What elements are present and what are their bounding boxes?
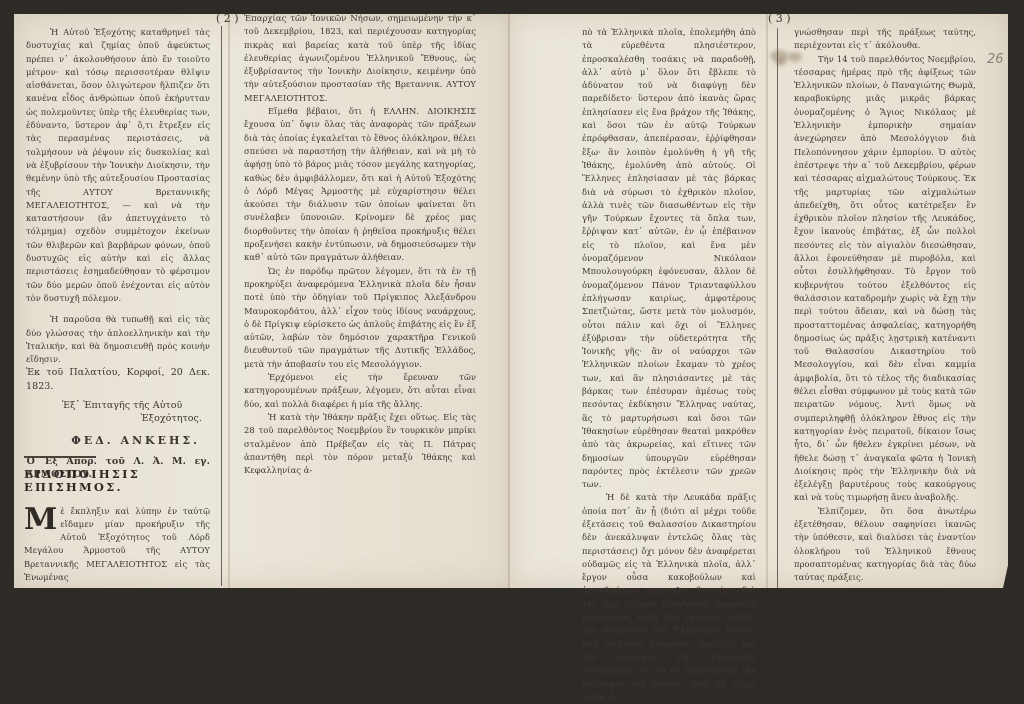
by-order-line-2: Ἐξοχότητος.	[26, 412, 210, 425]
notice-heading: ΕΙΔΟΠΟΙΗΣΙΣ ΕΠΙΣΗΜΟΣ.	[24, 468, 210, 495]
ithaca-incident-continuation: πὸ τὰ Ἑλληνικὰ πλοῖα, ἐπολεμήθη ἀπὸ τὰ ε…	[582, 26, 756, 491]
page-number-2: ( 2 )	[216, 12, 239, 25]
center-gutter	[508, 14, 510, 588]
notice-opening: M ὲ ἔκπληξιν καὶ λύπην ἐν ταὐτῷ εἴδαμεν …	[24, 505, 210, 585]
closing-paragraph: Ἐλπίζομεν, ὅτι ὅσα ἀνωτέρω ἐξετέθησαν, θ…	[794, 505, 976, 585]
lefkada-incident-continuation: γνώσθησαν περὶ τῆς πράξεως ταύτης, περιέ…	[794, 26, 976, 53]
mavrokordatos-paragraph: Ὡς ἐν παρόδῳ πρῶτον λέγομεν, ὅτι τὰ ἐν τ…	[244, 265, 476, 371]
scanned-document: ( 2 ) Ἡ Αὐτοῦ Ἐξοχότης καταθρηνεῖ τὰς δυ…	[0, 0, 1024, 602]
ink-stain	[776, 58, 786, 66]
fold-crease	[228, 14, 230, 588]
dateline: Ἐκ τοῦ Παλατίου, Κορφοί, 20 Δεκ. 1823.	[26, 366, 210, 393]
page-3-column-1: πὸ τὰ Ἑλληνικὰ πλοῖα, ἐπολεμήθη ἀπὸ τὰ ε…	[582, 26, 756, 602]
page-2-column-1: Ἡ Αὐτοῦ Ἐξοχότης καταθρηνεῖ τὰς δυστυχία…	[26, 26, 210, 482]
ink-stain	[788, 52, 802, 62]
proclamation-closing-paragraph: Ἡ Αὐτοῦ Ἐξοχότης καταθρηνεῖ τὰς δυστυχία…	[26, 26, 210, 305]
ithaca-incident-paragraph: Ἡ κατὰ τὴν Ἰθάκην πρᾶξις ἔχει οὕτως. Εἰς…	[244, 411, 476, 477]
column-rule-page-3	[777, 28, 778, 588]
archive-page-number: 26	[987, 52, 1004, 67]
by-order-line-1: Ἐξ᾿ Ἐπιταγῆς τῆς Αὐτοῦ	[26, 399, 210, 412]
signatory-name: ΦΕΔ. ΑΝΚΕΗΣ.	[26, 434, 210, 447]
greek-administration-paragraph: Εἴμεθα βέβαιοι, ὅτι ἡ ΕΛΛΗΝ. ΔΙΟΙΚΗΣΙΣ ἔ…	[244, 105, 476, 265]
two-acts-paragraph: Ἐρχόμενοι εἰς τὴν ἔρευναν τῶν κατηγορουμ…	[244, 371, 476, 411]
publication-note: Ἡ παροῦσα θὰ τυπωθῇ καὶ εἰς τὰς δύο γλώσ…	[26, 313, 210, 366]
drop-cap-letter: M	[24, 507, 57, 533]
column-rule-page-2	[221, 26, 222, 586]
page-2-column-2: Ἐπαρχίας τῶν Ἰονικῶν Νήσων, σημειωμένην …	[244, 12, 476, 477]
fold-crease-right	[766, 14, 768, 588]
official-notice-block: ΕΙΔΟΠΟΙΗΣΙΣ ΕΠΙΣΗΜΟΣ. M ὲ ἔκπληξιν καὶ λ…	[24, 468, 210, 584]
section-divider	[24, 456, 96, 458]
lefkada-incident-paragraph: Ἡ δὲ κατὰ τὴν Λευκάδα πρᾶξις ὁποία ποτ᾿ …	[582, 491, 756, 602]
notice-continuation: Ἐπαρχίας τῶν Ἰονικῶν Νήσων, σημειωμένην …	[244, 12, 476, 105]
page-number-3: ( 3 )	[768, 12, 791, 25]
page-3-column-2: γνώσθησαν περὶ τῆς πράξεως ταύτης, περιέ…	[794, 26, 976, 584]
panagiotis-thoma-paragraph: Τὴν 14 τοῦ παρελθόντος Νοεμβρίου, τέσσαρ…	[794, 53, 976, 505]
